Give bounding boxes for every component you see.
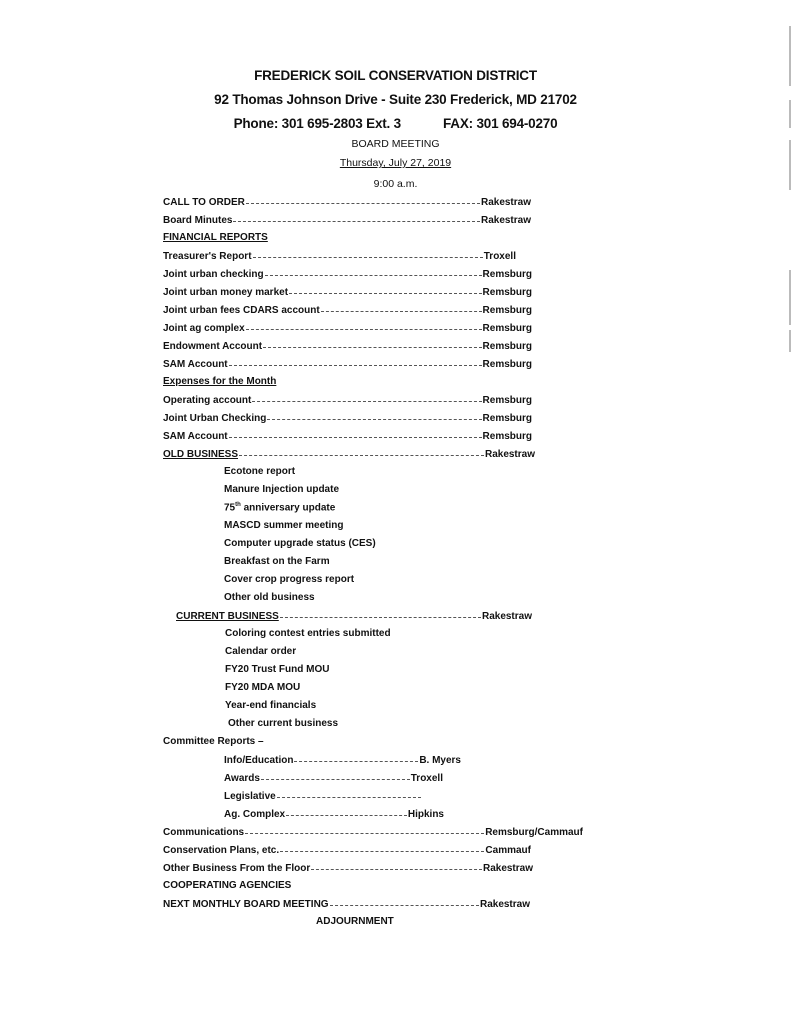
- agenda-item-communications: CommunicationsRemsburg/Cammauf: [163, 826, 583, 840]
- leader-dots: [330, 897, 479, 906]
- section-heading-committee-reports: Committee Reports –: [163, 736, 264, 747]
- section-heading-old-business: OLD BUSINESSRakestraw: [163, 448, 535, 462]
- leader-dots: [280, 843, 484, 852]
- agenda-item: Joint Urban CheckingRemsburg: [163, 412, 532, 426]
- old-business-item: Cover crop progress report: [224, 574, 354, 585]
- leader-dots: [321, 303, 482, 312]
- leader-dots: [233, 213, 480, 222]
- leader-dots: [267, 411, 481, 420]
- old-business-item: Computer upgrade status (CES): [224, 538, 376, 549]
- fax-number: FAX: 301 694-0270: [443, 116, 557, 131]
- committee-item: AwardsTroxell: [224, 772, 443, 786]
- committee-item: Info/EducationB. Myers: [224, 754, 461, 768]
- meeting-type: BOARD MEETING: [0, 138, 791, 150]
- leader-dots: [277, 789, 421, 798]
- agenda-item: Joint ag complexRemsburg: [163, 322, 532, 336]
- leader-dots: [253, 249, 483, 258]
- old-business-item: Ecotone report: [224, 466, 295, 477]
- agenda-item: SAM AccountRemsburg: [163, 430, 532, 444]
- phone-number: Phone: 301 695-2803 Ext. 3: [234, 116, 401, 131]
- leader-dots: [229, 357, 482, 366]
- section-heading-current-business: CURRENT BUSINESSRakestraw: [176, 610, 532, 624]
- old-business-item: Other old business: [224, 592, 315, 603]
- agenda-item: Joint urban money marketRemsburg: [163, 286, 532, 300]
- old-business-item: 75th anniversary update: [224, 502, 335, 513]
- current-business-item: FY20 Trust Fund MOU: [225, 664, 329, 675]
- agenda-item: SAM AccountRemsburg: [163, 358, 532, 372]
- leader-dots: [239, 447, 484, 456]
- adjournment: ADJOURNMENT: [316, 916, 394, 927]
- old-business-item: Breakfast on the Farm: [224, 556, 330, 567]
- section-heading-cooperating-agencies: COOPERATING AGENCIES: [163, 880, 291, 891]
- agenda-item-board-minutes: Board MinutesRakestraw: [163, 214, 531, 228]
- leader-dots: [311, 861, 482, 870]
- current-business-item: FY20 MDA MOU: [225, 682, 300, 693]
- meeting-time: 9:00 a.m.: [0, 178, 791, 190]
- section-heading-expenses: Expenses for the Month: [163, 376, 276, 387]
- organization-name: FREDERICK SOIL CONSERVATION DISTRICT: [0, 68, 791, 83]
- agenda-item: Operating accountRemsburg: [163, 394, 532, 408]
- contact-line: Phone: 301 695-2803 Ext. 3FAX: 301 694-0…: [0, 116, 791, 131]
- old-business-item: MASCD summer meeting: [224, 520, 343, 531]
- old-business-item: Manure Injection update: [224, 484, 339, 495]
- meeting-date: Thursday, July 27, 2019: [0, 157, 791, 169]
- leader-dots: [246, 195, 480, 204]
- leader-dots: [252, 393, 481, 402]
- leader-dots: [263, 339, 481, 348]
- agenda-item-conservation-plans: Conservation Plans, etc. Cammauf: [163, 844, 531, 858]
- leader-dots: [286, 807, 407, 816]
- leader-dots: [265, 267, 482, 276]
- leader-dots: [261, 771, 410, 780]
- agenda-item-call-to-order: CALL TO ORDERRakestraw: [163, 196, 531, 210]
- agenda-item-other-business: Other Business From the FloorRakestraw: [163, 862, 533, 876]
- leader-dots: [229, 429, 482, 438]
- leader-dots: [294, 753, 418, 762]
- leader-dots: [280, 609, 481, 618]
- agenda-item: Endowment AccountRemsburg: [163, 340, 532, 354]
- current-business-item: Other current business: [228, 718, 338, 729]
- agenda-item-next-meeting: NEXT MONTHLY BOARD MEETINGRakestraw: [163, 898, 530, 912]
- agenda-item: Joint urban fees CDARS accountRemsburg: [163, 304, 532, 318]
- committee-item: Legislative: [224, 790, 422, 804]
- leader-dots: [245, 825, 484, 834]
- organization-address: 92 Thomas Johnson Drive - Suite 230 Fred…: [0, 92, 791, 107]
- leader-dots: [289, 285, 482, 294]
- agenda-item: Joint urban checkingRemsburg: [163, 268, 532, 282]
- leader-dots: [246, 321, 482, 330]
- current-business-item: Year-end financials: [225, 700, 316, 711]
- committee-item: Ag. ComplexHipkins: [224, 808, 444, 822]
- current-business-item: Calendar order: [225, 646, 296, 657]
- current-business-item: Coloring contest entries submitted: [225, 628, 391, 639]
- agenda-item: Treasurer's Report Troxell: [163, 250, 516, 264]
- section-heading-financial-reports: FINANCIAL REPORTS: [163, 232, 268, 243]
